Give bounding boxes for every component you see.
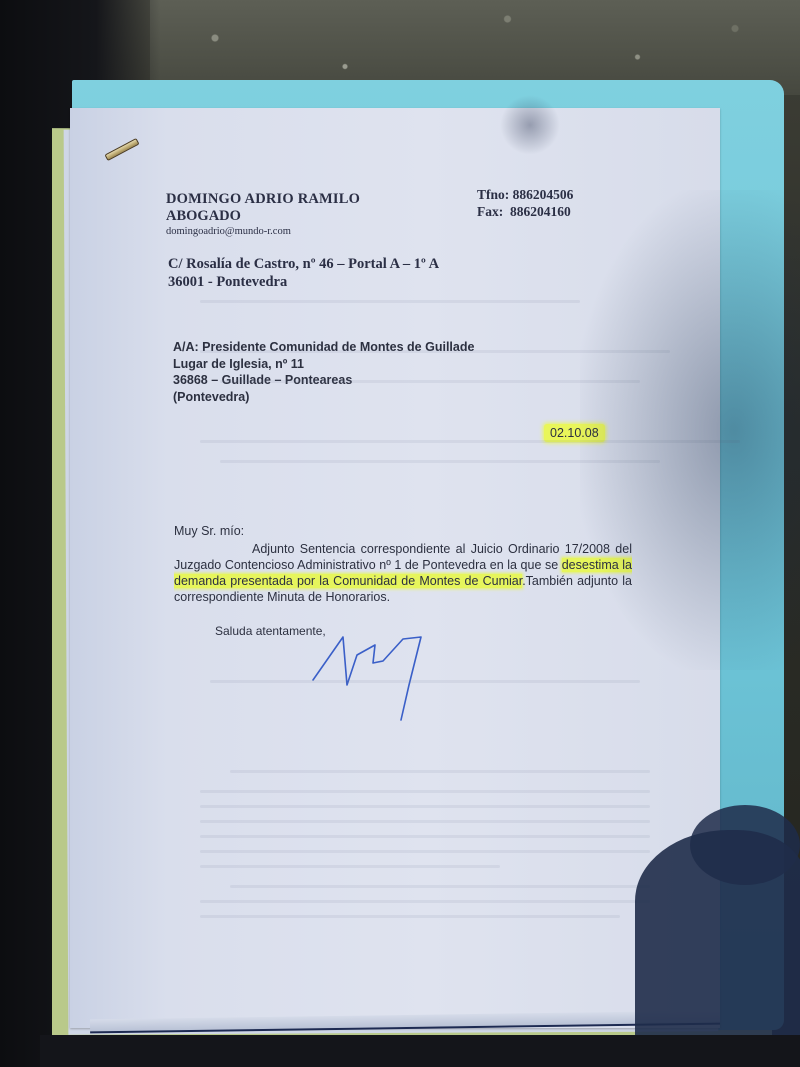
- lawyer-address-street: C/ Rosalía de Castro, nº 46 – Portal A –…: [168, 256, 439, 273]
- shadow: [580, 190, 800, 670]
- signature-icon: [305, 625, 435, 725]
- bleed-through-line: [200, 790, 650, 793]
- lawyer-name: DOMINGO ADRIO RAMILO: [166, 191, 360, 208]
- bleed-through-line: [200, 865, 500, 868]
- bleed-through-line: [200, 850, 650, 853]
- recipient-street: Lugar de Iglesia, nº 11: [173, 357, 304, 371]
- bleed-through-line: [200, 915, 620, 918]
- lawyer-address-city: 36001 - Pontevedra: [168, 274, 287, 291]
- lawyer-title: ABOGADO: [166, 208, 241, 225]
- shadow: [500, 95, 560, 155]
- shadow: [40, 1035, 800, 1067]
- lawyer-phone: Tfno: 886204506: [477, 187, 573, 203]
- bleed-through-line: [200, 900, 650, 903]
- bleed-through-line: [200, 300, 580, 303]
- bleed-through-line: [200, 805, 650, 808]
- body-paragraph: Adjunto Sentencia correspondiente al Jui…: [174, 541, 632, 605]
- bleed-through-line: [200, 835, 650, 838]
- lawyer-email: domingoadrio@mundo-r.com: [166, 226, 291, 237]
- bleed-through-line: [200, 820, 650, 823]
- bleed-through-line: [220, 380, 640, 383]
- bleed-through-line: [230, 885, 650, 888]
- lawyer-fax: Fax: 886204160: [477, 204, 571, 220]
- bleed-through-line: [210, 680, 640, 683]
- shadow: [635, 830, 800, 1067]
- letter-body: Adjunto Sentencia correspondiente al Jui…: [174, 541, 632, 605]
- salutation: Muy Sr. mío:: [174, 524, 244, 538]
- recipient-province: (Pontevedra): [173, 390, 249, 404]
- bleed-through-line: [230, 770, 650, 773]
